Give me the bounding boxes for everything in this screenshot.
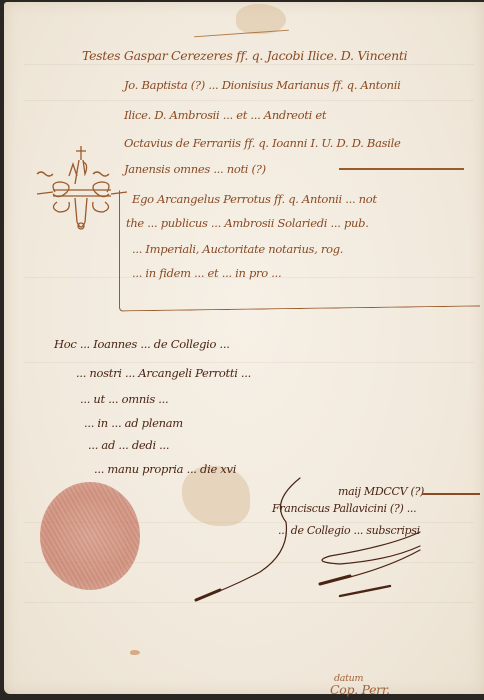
body-line: ... nostri ... Arcangeli Perrotti ... bbox=[76, 366, 251, 380]
ruling-line bbox=[24, 362, 474, 363]
ink-spot bbox=[130, 650, 140, 655]
notary-line: the ... publicus ... Ambrosii Solariedi … bbox=[126, 216, 369, 230]
body-line: Hoc ... Ioannes ... de Collegio ... bbox=[54, 337, 230, 351]
body-line: ... ad ... dedi ... bbox=[88, 438, 169, 452]
body-line: ... in ... ad plenam bbox=[84, 416, 183, 430]
witness-line: Janensis omnes ... noti (?) bbox=[124, 162, 266, 176]
witness-line: Testes Gaspar Cerezeres ff. q. Jacobi Il… bbox=[82, 48, 407, 63]
body-line: ... ut ... omnis ... bbox=[80, 392, 168, 406]
notary-line: ... in fidem ... et ... in pro ... bbox=[132, 266, 281, 280]
manuscript-page: Testes Gaspar Cerezeres ff. q. Jacobi Il… bbox=[4, 2, 484, 694]
ruling-line bbox=[24, 100, 474, 101]
witness-line: Octavius de Ferrariis ff. q. Ioanni I. U… bbox=[124, 136, 401, 150]
closing-rule bbox=[339, 168, 464, 170]
notary-line: Ego Arcangelus Perrotus ff. q. Antonii .… bbox=[132, 192, 377, 206]
signature-flourish-icon bbox=[190, 472, 450, 612]
red-wafer-seal: Red wafer seal bbox=[40, 482, 140, 590]
notary-line: ... Imperiali, Auctoritate notarius, rog… bbox=[132, 242, 343, 256]
footer-text: Cop. Perr. bbox=[330, 682, 390, 697]
ruling-line bbox=[24, 64, 474, 65]
witness-line: Ilice. D. Ambrosii ... et ... Andreoti e… bbox=[124, 108, 326, 122]
witness-line: Jo. Baptista (?) ... Dionisius Marianus … bbox=[124, 78, 400, 92]
